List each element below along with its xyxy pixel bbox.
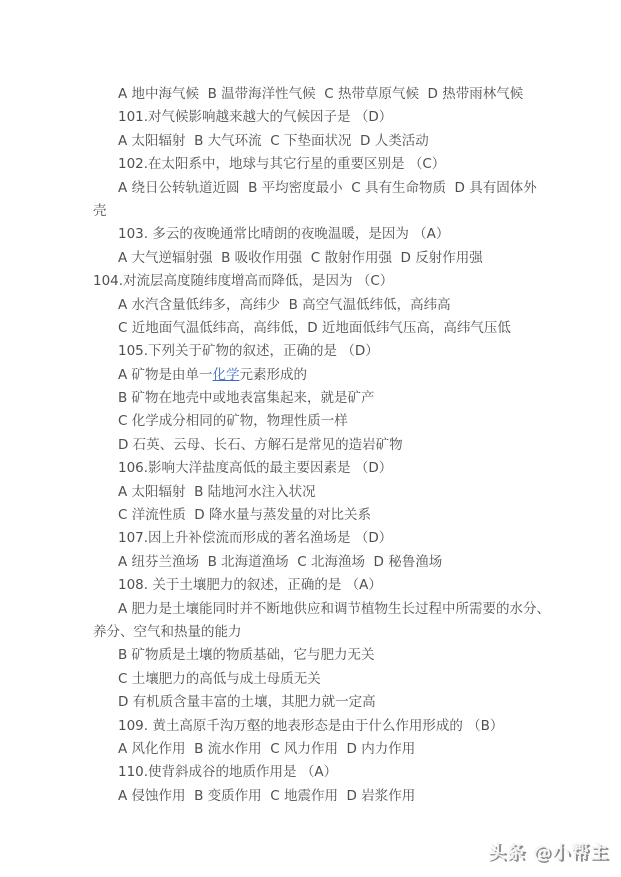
option-text: 元素形成的 [240,367,308,383]
q102-line: 102.在太阳系中，地球与其它行星的重要区别是 （C） [0,153,621,176]
q108-option-b-line: B 矿物质是土壤的物质基础，它与肥力无关 [0,644,621,667]
q102-options-line: A 绕日公转轨道近圆 B 平均密度最小 C 具有生命物质 D 具有固体外 [0,177,621,200]
q108-option-c-line: C 土壤肥力的高低与成土母质无关 [0,668,621,691]
q109-line: 109. 黄土高原千沟万壑的地表形态是由于什么作用形成的 （B） [0,715,621,738]
q105-option-a-line: A 矿物是由单一化学元素形成的 [0,364,621,387]
document-body: A 地中海气候 B 温带海洋性气候 C 热带草原气候 D 热带雨林气候101.对… [0,83,621,808]
q106-options-ab-line: A 太阳辐射 B 陆地河水注入状况 [0,481,621,504]
chemistry-link[interactable]: 化学 [213,367,240,383]
q104-line: 104.对流层高度随纬度增高而降低，是因为 （C） [0,270,621,293]
q102-options-wrap-line: 壳 [0,200,621,223]
q104-options-cd-line: C 近地面气温低纬高，高纬低，D 近地面低纬气压高，高纬气压低 [0,317,621,340]
q109-options-line: A 风化作用 B 流水作用 C 风力作用 D 内力作用 [0,738,621,761]
q107-options-line: A 纽芬兰渔场 B 北海道渔场 C 北海渔场 D 秘鲁渔场 [0,551,621,574]
q105-option-d-line: D 石英、云母、长石、方解石是常见的造岩矿物 [0,434,621,457]
q105-line: 105.下列关于矿物的叙述，正确的是 （D） [0,340,621,363]
q103-options-line: A 大气逆辐射强 B 吸收作用强 C 散射作用强 D 反射作用强 [0,247,621,270]
q100-options-line: A 地中海气候 B 温带海洋性气候 C 热带草原气候 D 热带雨林气候 [0,83,621,106]
watermark: 头条 @小帮主 [488,838,609,864]
q108-line: 108. 关于土壤肥力的叙述，正确的是 （A） [0,574,621,597]
option-text: A 矿物是由单一 [118,367,213,383]
q105-option-b-line: B 矿物在地壳中或地表富集起来，就是矿产 [0,387,621,410]
q101-options-line: A 太阳辐射 B 大气环流 C 下垫面状况 D 人类活动 [0,130,621,153]
q104-options-ab-line: A 水汽含量低纬多，高纬少 B 高空气温低纬低，高纬高 [0,294,621,317]
q107-line: 107.因上升补偿流而形成的著名渔场是 （D） [0,527,621,550]
q108-option-a-line: A 肥力是土壤能同时并不断地供应和调节植物生长过程中所需要的水分、 [0,598,621,621]
q106-options-cd-line: C 洋流性质 D 降水量与蒸发量的对比关系 [0,504,621,527]
q110-line: 110.使背斜成谷的地质作用是 （A） [0,761,621,784]
q108-option-a-wrap-line: 养分、空气和热量的能力 [0,621,621,644]
q110-options-line: A 侵蚀作用 B 变质作用 C 地震作用 D 岩浆作用 [0,785,621,808]
q103-line: 103. 多云的夜晚通常比晴朗的夜晚温暖，是因为 （A） [0,223,621,246]
q106-line: 106.影响大洋盐度高低的最主要因素是 （D） [0,457,621,480]
q101-line: 101.对气候影响越来越大的气候因子是 （D） [0,106,621,129]
q108-option-d-line: D 有机质含量丰富的土壤，其肥力就一定高 [0,691,621,714]
q105-option-c-line: C 化学成分相同的矿物，物理性质一样 [0,410,621,433]
